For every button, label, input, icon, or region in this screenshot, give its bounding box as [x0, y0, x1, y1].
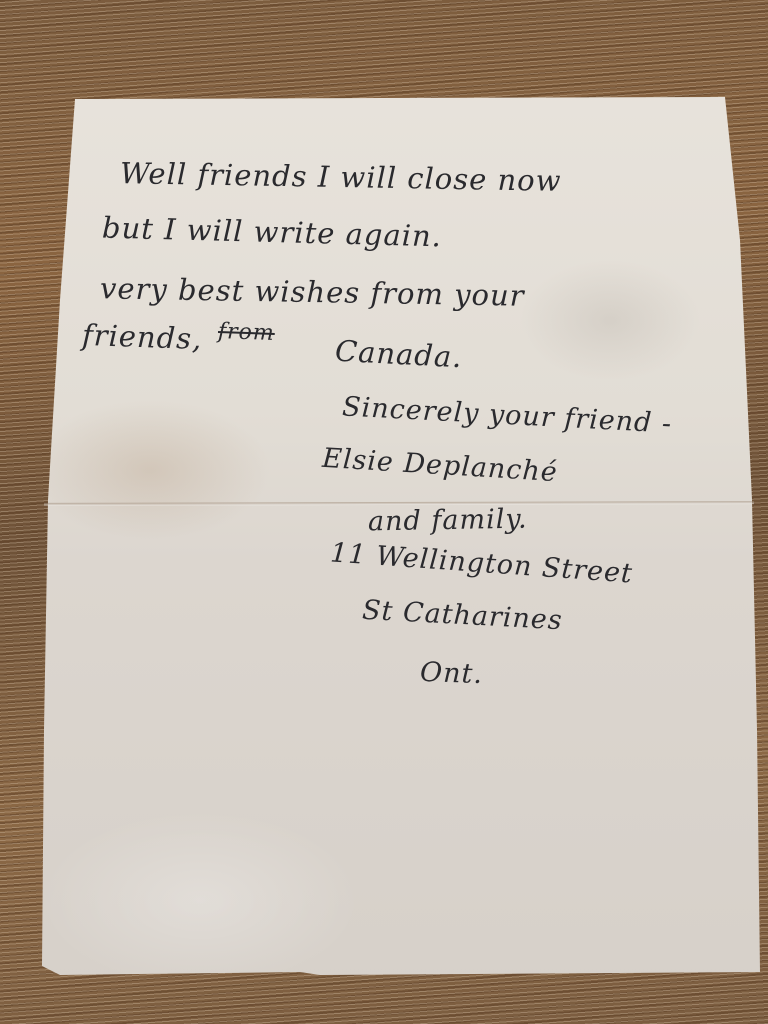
letter-page: Well friends I will close now but I will… — [0, 0, 768, 1024]
letter-line-4-canada: Canada. — [334, 334, 463, 375]
letter-line-4-friends: friends, — [81, 318, 202, 356]
signature-family: and family. — [368, 504, 528, 538]
struck-out-word: from — [218, 319, 276, 346]
address-province: Ont. — [419, 657, 483, 690]
